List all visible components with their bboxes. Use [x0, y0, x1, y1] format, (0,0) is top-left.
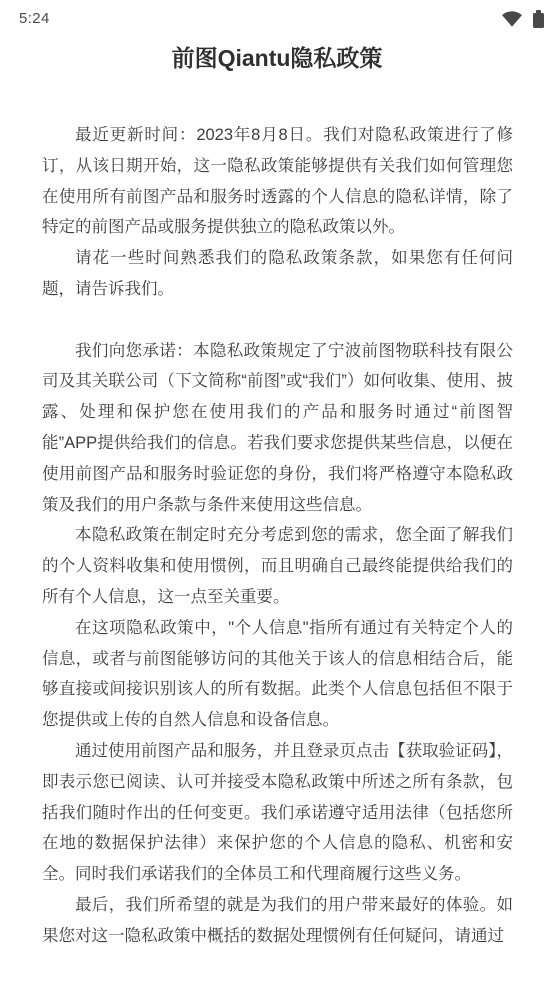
policy-paragraph: 通过使用前图产品和服务，并且登录页点击【获取验证码】，即表示您已阅读、认可并接受…	[42, 736, 513, 890]
status-bar: 5:24	[0, 0, 554, 35]
privacy-policy-screen: 5:24 前图Qiantu隐私政策 最近更新时间：2023年8月8日。我们对隐私…	[0, 0, 554, 986]
wifi-icon	[501, 11, 523, 27]
policy-paragraph: 在这项隐私政策中，"个人信息"指所有通过有关特定个人的信息，或者与前图能够访问的…	[42, 613, 513, 736]
policy-paragraph: 我们向您承诺：本隐私政策规定了宁波前图物联科技有限公司及其关联公司（下文简称“前…	[42, 336, 513, 521]
status-time: 5:24	[19, 10, 50, 27]
battery-icon	[533, 13, 544, 28]
policy-paragraph: 最近更新时间：2023年8月8日。我们对隐私政策进行了修订，从该日期开始，这一隐…	[42, 120, 513, 243]
policy-body[interactable]: 最近更新时间：2023年8月8日。我们对隐私政策进行了修订，从该日期开始，这一隐…	[42, 120, 513, 952]
policy-paragraph: 最后，我们所希望的就是为我们的用户带来最好的体验。如果您对这一隐私政策中概括的数…	[42, 890, 513, 952]
policy-paragraph: 本隐私政策在制定时充分考虑到您的需求，您全面了解我们的个人资料收集和使用惯例，而…	[42, 520, 513, 612]
policy-paragraph	[42, 305, 513, 336]
page-title: 前图Qiantu隐私政策	[0, 42, 554, 74]
policy-paragraph: 请花一些时间熟悉我们的隐私政策条款，如果您有任何问题，请告诉我们。	[42, 243, 513, 305]
status-icons	[501, 10, 544, 28]
